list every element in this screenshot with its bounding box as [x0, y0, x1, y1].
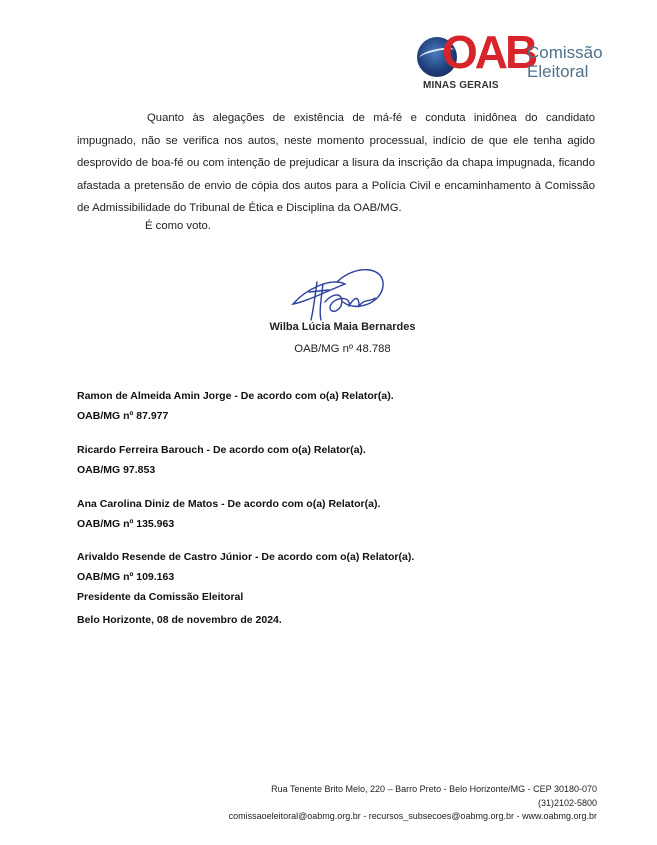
logo-title-line1: Comissão	[527, 43, 603, 62]
vote-statement: Ricardo Ferreira Barouch - De acordo com…	[77, 440, 366, 460]
vote-role: Presidente da Comissão Eleitoral	[77, 587, 414, 607]
signatory-oab-number: OAB/MG nº 48.788	[0, 343, 657, 355]
vote-oab-number: OAB/MG nº 87.977	[77, 406, 394, 426]
vote-entry: Ricardo Ferreira Barouch - De acordo com…	[77, 440, 366, 480]
footer-contacts: comissaoeleitoral@oabmg.org.br - recurso…	[229, 810, 597, 824]
oab-commission-logo: OAB MINAS GERAIS Comissão Eleitoral	[414, 33, 604, 93]
vote-oab-number: OAB/MG nº 135.963	[77, 514, 380, 534]
vote-entry: Ana Carolina Diniz de Matos - De acordo …	[77, 494, 380, 534]
logo-mark: OAB	[442, 29, 535, 75]
footer-contact: Rua Tenente Brito Melo, 220 – Barro Pret…	[229, 783, 597, 824]
closing-statement: É como voto.	[145, 220, 211, 232]
logo-title: Comissão Eleitoral	[527, 43, 603, 81]
signatory-name: Wilba Lúcia Maia Bernardes	[0, 321, 657, 333]
vote-entry: Arivaldo Resende de Castro Júnior - De a…	[77, 547, 414, 607]
logo-title-line2: Eleitoral	[527, 62, 603, 81]
vote-statement: Ramon de Almeida Amin Jorge - De acordo …	[77, 386, 394, 406]
logo-region: MINAS GERAIS	[423, 80, 499, 91]
decision-paragraph: Quanto às alegações de existência de má-…	[77, 107, 595, 220]
vote-entry: Ramon de Almeida Amin Jorge - De acordo …	[77, 386, 394, 426]
vote-statement: Ana Carolina Diniz de Matos - De acordo …	[77, 494, 380, 514]
footer-address: Rua Tenente Brito Melo, 220 – Barro Pret…	[229, 783, 597, 797]
handwritten-signature	[285, 262, 395, 324]
vote-statement: Arivaldo Resende de Castro Júnior - De a…	[77, 547, 414, 567]
vote-oab-number: OAB/MG 97.853	[77, 460, 366, 480]
place-and-date: Belo Horizonte, 08 de novembro de 2024.	[77, 610, 282, 630]
vote-oab-number: OAB/MG nº 109.163	[77, 567, 414, 587]
decision-paragraph-text: Quanto às alegações de existência de má-…	[77, 112, 595, 214]
footer-phone: (31)2102-5800	[229, 797, 597, 811]
